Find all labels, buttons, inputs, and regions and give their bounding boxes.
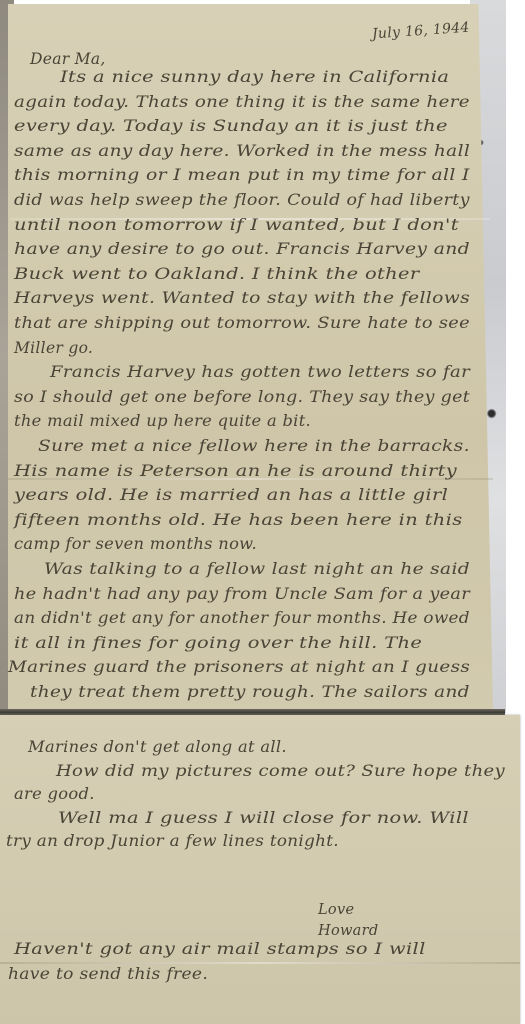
handwritten-line: Marines guard the prisoners at night an … [8, 660, 470, 676]
handwritten-line: years old. He is married an has a little… [14, 488, 448, 504]
handwritten-line: every day. Today is Sunday an it is just… [14, 119, 448, 135]
handwritten-line: His name is Peterson an he is around thi… [14, 464, 457, 480]
handwritten-line: Marines don't get along at all. [28, 740, 287, 756]
handwritten-line: Miller go. [14, 341, 93, 357]
handwritten-line: camp for seven months now. [14, 537, 257, 553]
handwritten-line: that are shipping out tomorrow. Sure hat… [14, 316, 470, 332]
letter-signature: Howard [318, 924, 378, 939]
handwritten-line: try an drop Junior a few lines tonight. [6, 834, 339, 850]
handwritten-line: until noon tomorrow if I wanted, but I d… [14, 218, 459, 234]
handwritten-line: did was help sweep the floor. Could of h… [14, 193, 470, 209]
handwritten-line: Buck went to Oakland. I think the other [14, 267, 420, 283]
letter-salutation: Dear Ma, [30, 52, 106, 68]
letter-photo: July 16, 1944 Dear Ma, Its a nice sunny … [0, 0, 525, 1024]
handwritten-line: same as any day here. Worked in the mess… [14, 144, 470, 160]
handwritten-line: have any desire to go out. Francis Harve… [14, 242, 470, 258]
handwritten-line: are good. [14, 787, 95, 803]
fold-crease [0, 962, 520, 964]
handwritten-line: Sure met a nice fellow here in the barra… [38, 439, 470, 455]
handwritten-line: he hadn't had any pay from Uncle Sam for… [14, 587, 470, 603]
handwritten-line: fifteen months old. He has been here in … [14, 513, 463, 529]
handwritten-line: Well ma I guess I will close for now. Wi… [58, 811, 469, 827]
handwritten-line: How did my pictures come out? Sure hope … [56, 764, 505, 780]
handwritten-line: again today. Thats one thing it is the s… [14, 95, 470, 111]
handwritten-line: they treat them pretty rough. The sailor… [30, 685, 470, 701]
handwritten-line: Haven't got any air mail stamps so I wil… [14, 942, 426, 958]
handwritten-line: an didn't get any for another four month… [14, 611, 470, 627]
handwritten-line: this morning or I mean put in my time fo… [14, 168, 470, 184]
handwritten-line: it all in fines for going over the hill.… [14, 636, 422, 652]
handwritten-line: Its a nice sunny day here in California [60, 70, 449, 86]
letter-closing: Love [318, 903, 354, 918]
handwritten-line: the mail mixed up here quite a bit. [14, 414, 311, 430]
handwritten-line: have to send this free. [8, 967, 208, 983]
handwritten-line: Was talking to a fellow last night an he… [44, 562, 470, 578]
handwritten-line: Francis Harvey has gotten two letters so… [50, 365, 470, 381]
handwritten-line: so I should get one before long. They sa… [14, 390, 470, 406]
handwritten-line: Harveys went. Wanted to stay with the fe… [14, 291, 470, 307]
